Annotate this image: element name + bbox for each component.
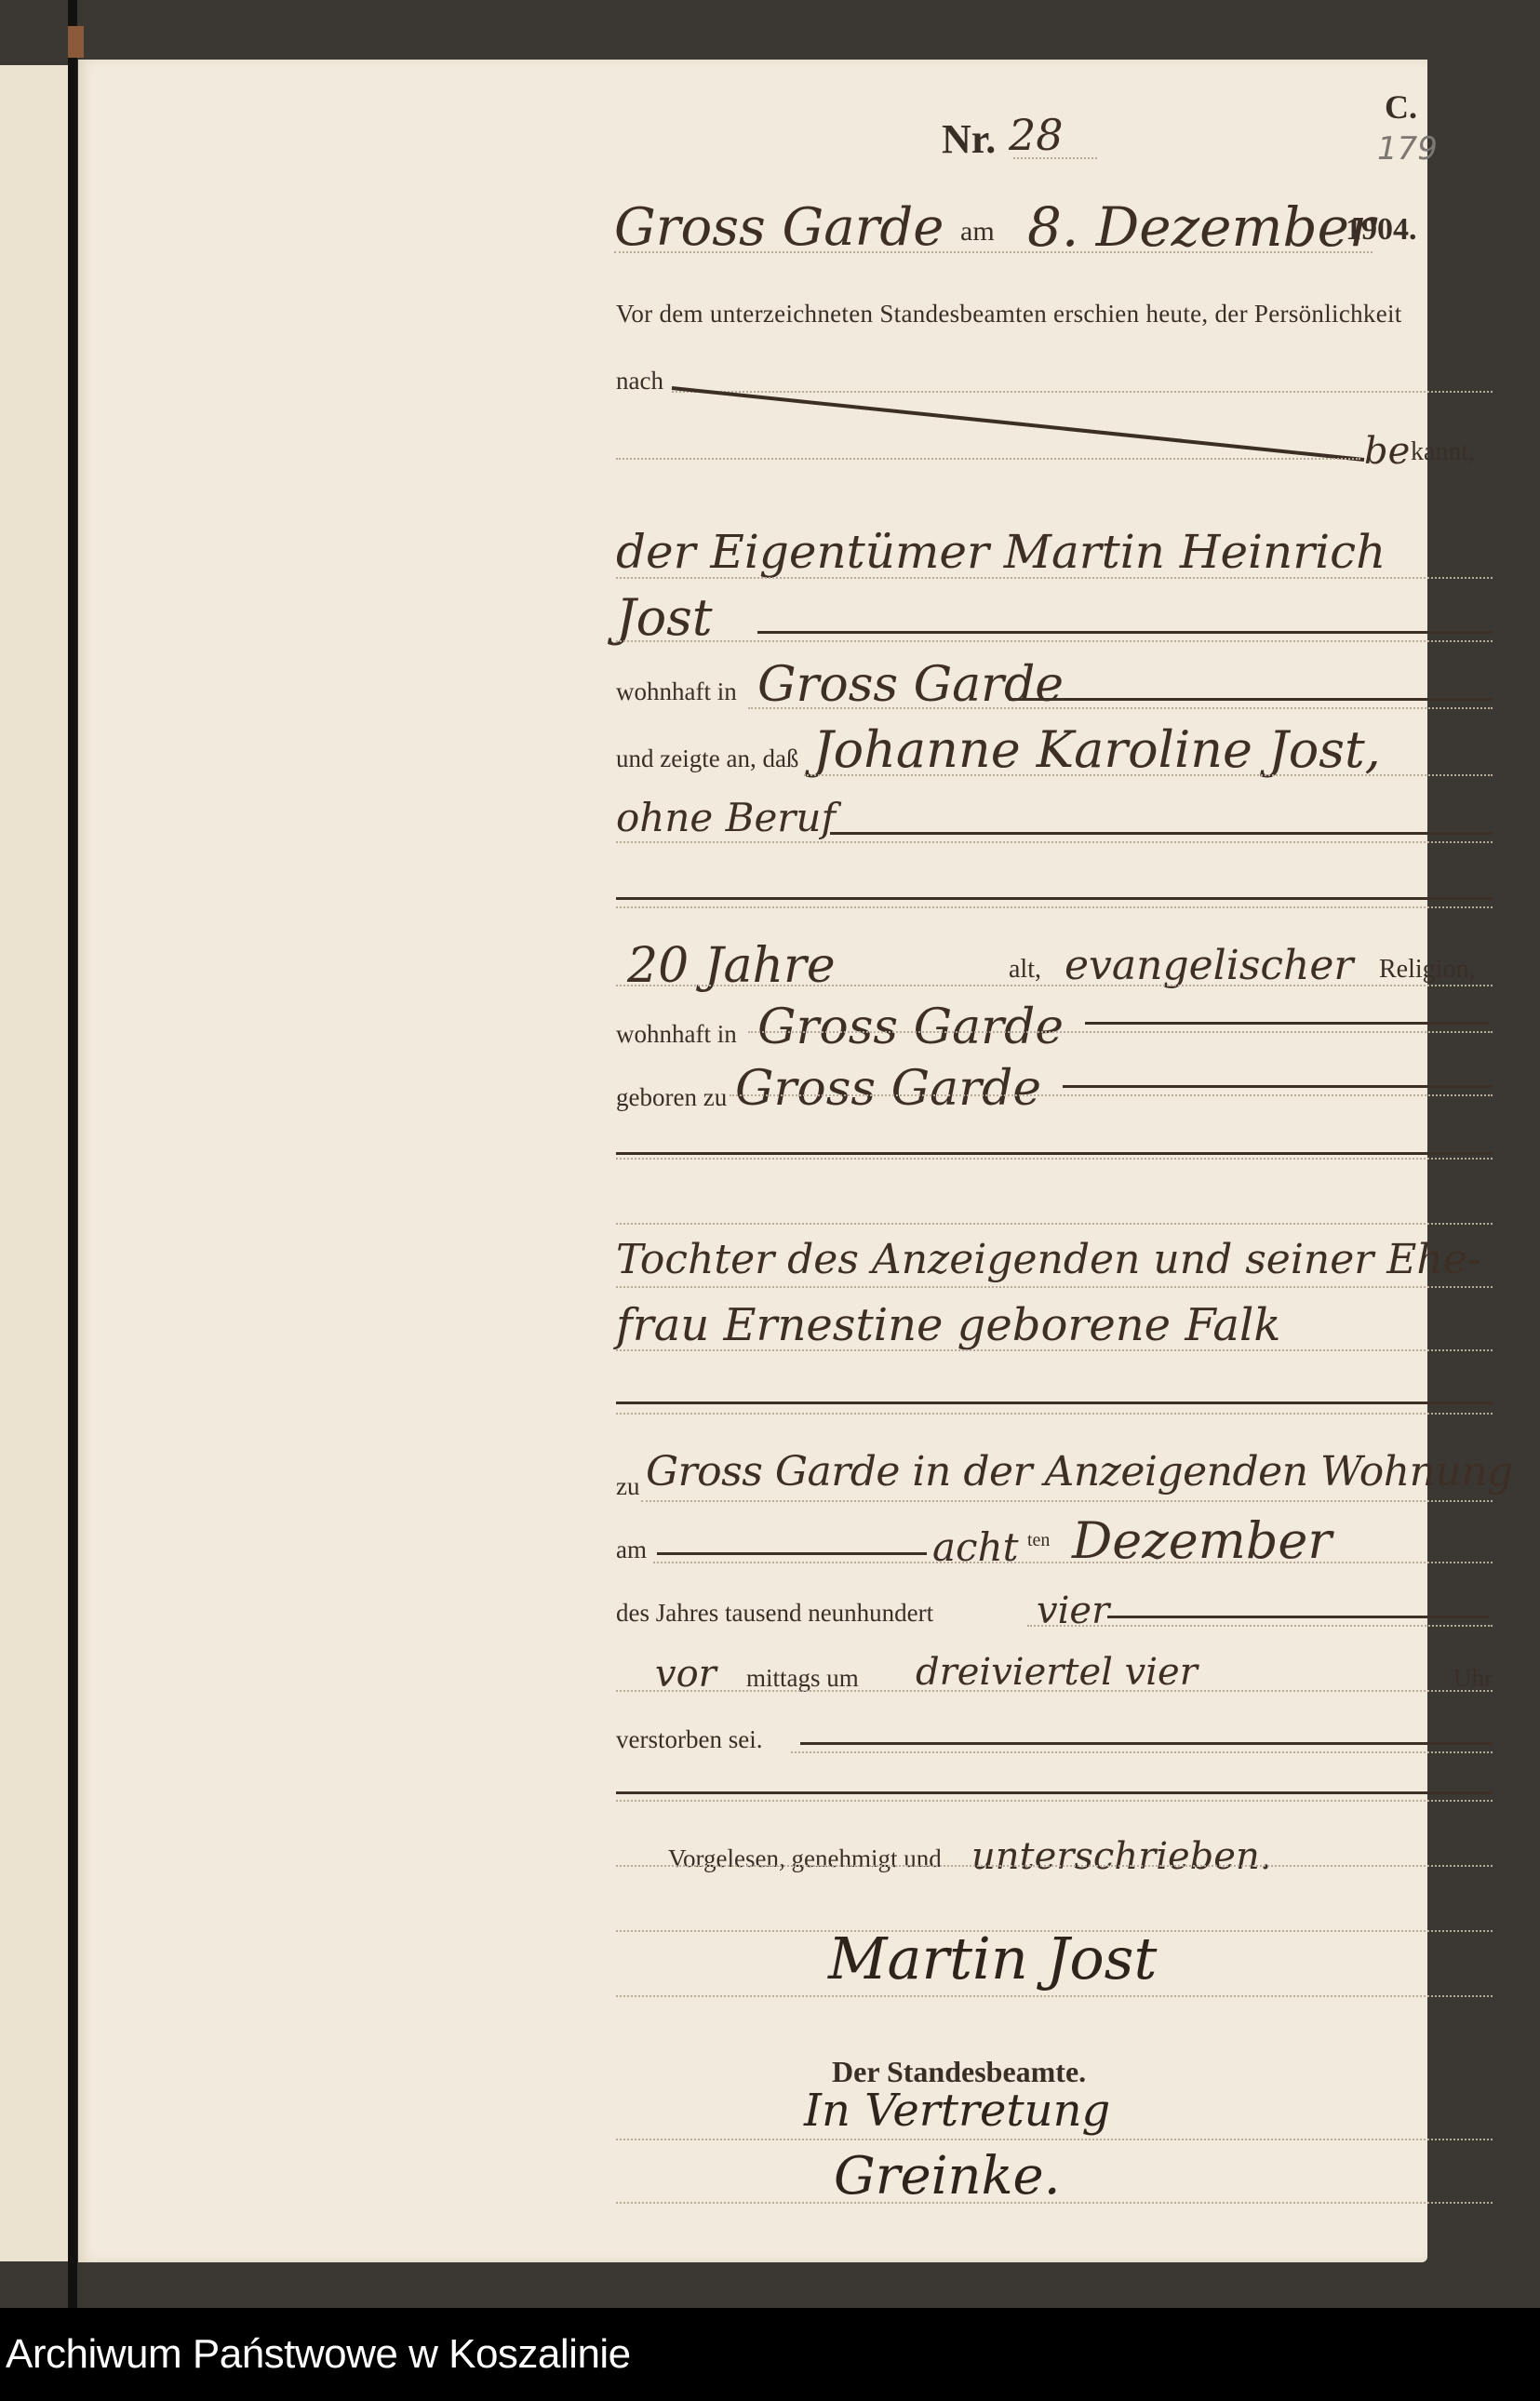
book-spine [68, 0, 77, 2308]
approval-line [616, 1865, 1493, 1867]
blank-line [616, 1413, 1493, 1415]
time-label: mittags um [746, 1664, 859, 1693]
corner-letter: C. [1385, 87, 1417, 127]
time-value: dreiviertel vier [916, 1651, 1198, 1694]
deceased-residence-value: Gross Garde [757, 999, 1064, 1055]
occupation-line [616, 841, 1493, 843]
fill-rule [616, 897, 1493, 900]
date-label: am [960, 216, 995, 248]
official-signature: Greinke. [834, 2146, 1061, 2207]
date-line [614, 251, 1373, 253]
declared-label: und zeigte an, daß [616, 744, 798, 773]
year-text-line [1027, 1625, 1493, 1627]
verstorben-line [791, 1751, 1493, 1753]
year-value: 1904. [1346, 212, 1417, 248]
death-place-line [641, 1500, 1493, 1502]
religion-value: evangelischer [1065, 942, 1353, 989]
parents-line-2: frau Ernestine geborene Falk [616, 1299, 1280, 1351]
residence-value: Gross Garde [757, 657, 1064, 713]
fill-rule [657, 1552, 927, 1555]
death-day-label: am [616, 1536, 647, 1564]
informant-line-1: der Eigentümer Martin Heinrich [616, 525, 1386, 579]
informant-line-2-rule [616, 640, 1493, 642]
deceased-residence-label: wohnhaft in [616, 1020, 737, 1049]
place-value: Gross Garde [614, 197, 944, 258]
death-place-label: zu [616, 1472, 639, 1501]
signature-line [616, 1995, 1493, 1997]
deceased-name: Johanne Karoline Jost, [813, 720, 1381, 779]
bekannt-line [616, 458, 1360, 460]
bekannt-prefix: be [1364, 430, 1410, 473]
informant-signature: Martin Jost [828, 1925, 1157, 1992]
left-page-edge [0, 65, 76, 2261]
deceased-residence-line [748, 1031, 1493, 1033]
blank-line [616, 1223, 1493, 1225]
approval-label: Vorgelesen, genehmigt und [668, 1844, 942, 1873]
uhr-label: Uhr [1453, 1664, 1493, 1693]
date-value: 8. Dezember [1027, 195, 1375, 259]
parents-line-1: Tochter des Anzeigenden und seiner Ehe- [616, 1236, 1481, 1283]
fill-rule [616, 1791, 1493, 1794]
number-value: 28 [1009, 110, 1064, 160]
death-place-value: Gross Garde in der Anzeigenden Wohnung [646, 1448, 1513, 1496]
verstorben-label: verstorben sei. [616, 1725, 762, 1754]
spine-tab [68, 26, 84, 58]
blank-line [616, 906, 1493, 908]
fill-rule [757, 631, 1493, 634]
year-text-label: des Jahres tausend neunhundert [616, 1599, 933, 1628]
fill-rule [616, 1402, 1493, 1404]
fill-rule [830, 832, 1493, 835]
bekannt-label: kannt, [1411, 437, 1475, 467]
birthplace-value: Gross Garde [735, 1061, 1041, 1117]
age-line [616, 985, 1493, 986]
number-line [1013, 157, 1097, 159]
fill-rule [1107, 1616, 1489, 1618]
religion-label: Religion, [1379, 955, 1475, 985]
official-signature-line [616, 2202, 1493, 2204]
time-line [616, 1690, 1493, 1692]
birthplace-line [730, 1094, 1493, 1096]
official-line-1: In Vertretung [804, 2085, 1110, 2137]
fill-rule [616, 1152, 1493, 1155]
deceased-line [804, 774, 1493, 776]
fill-rule [1085, 1022, 1489, 1025]
number-label: Nr. [942, 115, 996, 163]
blank-line [616, 1800, 1493, 1802]
pencil-folio-number: 179 [1377, 130, 1438, 168]
intro-text: Vor dem unterzeichneten Standesbeamten e… [616, 300, 1402, 329]
fill-rule [1063, 1085, 1493, 1088]
death-day-line [653, 1562, 1493, 1563]
blank-line [616, 1158, 1493, 1160]
approval-value: unterschrieben. [971, 1835, 1271, 1878]
informant-line-1-rule [616, 577, 1493, 579]
parents-line-2-rule [616, 1349, 1493, 1351]
fill-rule [1009, 698, 1493, 701]
residence-line [748, 707, 1493, 709]
record-page: Nr. 28 C. 179 Gross Garde am 8. Dezember… [78, 60, 1427, 2262]
nach-label: nach [616, 367, 663, 396]
residence-label: wohnhaft in [616, 677, 737, 706]
occupation-value: ohne Beruf [616, 795, 836, 840]
archive-name: Archiwum Państwowe w Koszalinie [6, 2331, 631, 2378]
fill-rule [800, 1742, 1493, 1745]
birthplace-label: geboren zu [616, 1083, 727, 1112]
death-day-suffix: ten [1027, 1530, 1050, 1551]
cancel-stroke [664, 381, 1372, 474]
age-label: alt, [1009, 955, 1041, 985]
parents-line-1-rule [616, 1286, 1493, 1288]
informant-line-2: Jost [616, 588, 713, 647]
official-line [616, 2139, 1493, 2140]
